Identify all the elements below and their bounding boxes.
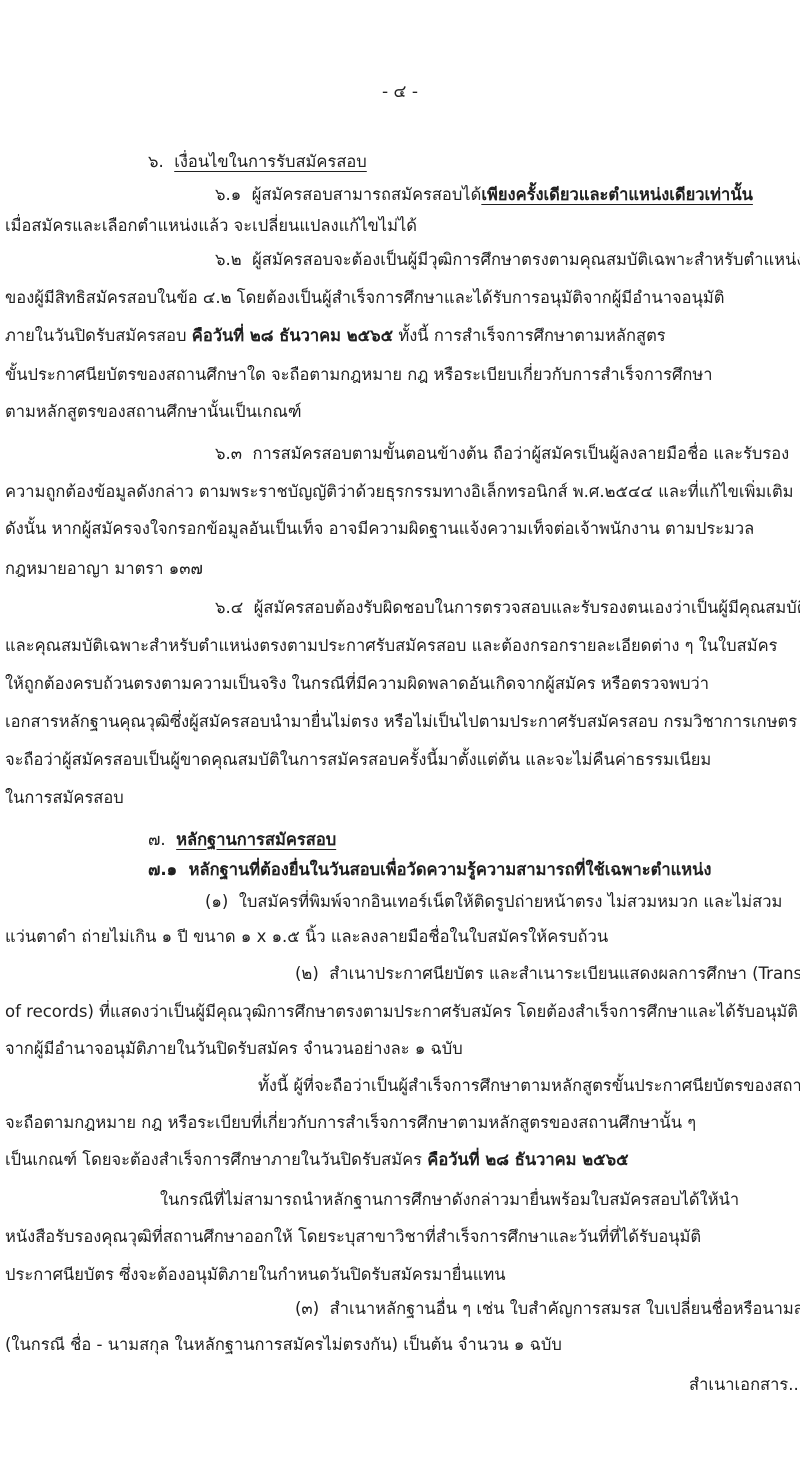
subsection-number: ๗.๑	[148, 860, 177, 879]
item-6-4-line-4: เอกสารหลักฐานคุณวุฒิซึ่งผู้สมัครสอบนำมาย…	[5, 710, 797, 734]
evidence-item-2-line-3: จากผู้มีอำนาจอนุมัติภายในวันปิดรับสมัคร …	[5, 1037, 463, 1061]
item-6-2-line-4: ขั้นประกาศนียบัตรของสถานศึกษาใด จะถือตาม…	[5, 363, 713, 387]
alt-evidence-line-3: ประกาศนียบัตร ซึ่งจะต้องอนุมัติภายในกำหน…	[5, 1263, 506, 1287]
subsection-title: หลักฐานที่ต้องยื่นในวันสอบเพื่อวัดความรู…	[189, 860, 712, 879]
item-6-2-line-3: ภายในวันปิดรับสมัครสอบ คือวันที่ ๒๘ ธันว…	[5, 324, 666, 348]
evidence-item-2-line-2: of records) ที่แสดงว่าเป็นผู้มีคุณวุฒิกา…	[5, 1000, 798, 1024]
item-number: (๑)	[205, 892, 228, 911]
subsection-7-1: ๗.๑ หลักฐานที่ต้องยื่นในวันสอบเพื่อวัดคว…	[148, 858, 711, 882]
item-6-3-line-4: กฎหมายอาญา มาตรา ๑๓๗	[5, 557, 203, 581]
item-number: (๒)	[295, 964, 319, 983]
item-6-2-line-2: ของผู้มีสิทธิสมัครสอบในข้อ ๔.๒ โดยต้องเป…	[5, 286, 724, 310]
page-number: - ๔ -	[0, 78, 800, 105]
item-6-3-line-1: ๖.๓ การสมัครสอบตามขั้นตอนข้างต้น ถือว่าผ…	[215, 442, 789, 466]
item-6-4-line-5: จะถือว่าผู้สมัครสอบเป็นผู้ขาดคุณสมบัติใน…	[5, 748, 711, 772]
evidence-note-line-3: เป็นเกณฑ์ โดยจะต้องสำเร็จการศึกษาภายในวั…	[5, 1148, 629, 1172]
item-number: ๖.๓	[215, 444, 242, 463]
item-number: (๓)	[295, 1299, 319, 1318]
deadline-date: คือวันที่ ๒๘ ธันวาคม ๒๕๖๕	[192, 326, 393, 345]
item-text: ผู้สมัครสอบต้องรับผิดชอบในการตรวจสอบและร…	[254, 598, 800, 617]
evidence-item-2-line-1: (๒) สำเนาประกาศนียบัตร และสำเนาระเบียนแส…	[295, 962, 800, 986]
item-6-4-line-6: ในการสมัครสอบ	[5, 786, 124, 810]
item-number: ๖.๑	[215, 185, 241, 204]
item-emphasis: เพียงครั้งเดียวและตำแหน่งเดียวเท่านั้น	[481, 185, 753, 204]
evidence-note-line-1: ทั้งนี้ ผู้ที่จะถือว่าเป็นผู้สำเร็จการศึ…	[258, 1074, 800, 1098]
item-6-4-line-2: และคุณสมบัติเฉพาะสำหรับตำแหน่งตรงตามประก…	[5, 634, 778, 658]
item-6-4-line-1: ๖.๔ ผู้สมัครสอบต้องรับผิดชอบในการตรวจสอบ…	[215, 596, 800, 620]
item-6-1-continuation: เมื่อสมัครและเลือกตำแหน่งแล้ว จะเปลี่ยนแ…	[5, 214, 417, 238]
section-number: ๖.	[148, 152, 164, 171]
section-7-heading: ๗. หลักฐานการสมัครสอบ	[148, 828, 336, 852]
item-text: ใบสมัครที่พิมพ์จากอินเทอร์เน็ตให้ติดรูปถ…	[239, 892, 782, 911]
item-6-3-line-2: ความถูกต้องข้อมูลดังกล่าว ตามพระราชบัญญั…	[5, 480, 794, 504]
item-6-3-line-3: ดังนั้น หากผู้สมัครจงใจกรอกข้อมูลอันเป็น…	[5, 517, 754, 541]
item-text: การสมัครสอบตามขั้นตอนข้างต้น ถือว่าผู้สม…	[253, 444, 790, 463]
alt-evidence-line-2: หนังสือรับรองคุณวุฒิที่สถานศึกษาออกให้ โ…	[5, 1225, 701, 1249]
item-6-4-line-3: ให้ถูกต้องครบถ้วนตรงตามความเป็นจริง ในกร…	[5, 672, 709, 696]
continued-marker: สำเนาเอกสาร...	[689, 1372, 800, 1398]
item-text: ผู้สมัครสอบจะต้องเป็นผู้มีวุฒิการศึกษาตร…	[252, 250, 800, 269]
evidence-item-3-line-2: (ในกรณี ชื่อ - นามสกุล ในหลักฐานการสมัคร…	[5, 1333, 562, 1357]
item-text: ทั้งนี้ การสำเร็จการศึกษาตามหลักสูตร	[398, 326, 665, 345]
item-number: ๖.๒	[215, 250, 242, 269]
item-6-1: ๖.๑ ผู้สมัครสอบสามารถสมัครสอบได้เพียงครั…	[215, 183, 753, 207]
item-text: เป็นเกณฑ์ โดยจะต้องสำเร็จการศึกษาภายในวั…	[5, 1150, 422, 1169]
item-text: สำเนาหลักฐานอื่น ๆ เช่น ใบสำคัญการสมรส ใ…	[330, 1299, 800, 1318]
item-text: ผู้สมัครสอบสามารถสมัครสอบได้	[252, 185, 482, 204]
item-6-2-line-5: ตามหลักสูตรของสถานศึกษานั้นเป็นเกณฑ์	[5, 400, 302, 424]
item-text: สำเนาประกาศนียบัตร และสำเนาระเบียนแสดงผล…	[329, 964, 800, 983]
section-6-heading: ๖. เงื่อนไขในการรับสมัครสอบ	[148, 150, 367, 174]
item-6-2-line-1: ๖.๒ ผู้สมัครสอบจะต้องเป็นผู้มีวุฒิการศึก…	[215, 248, 800, 272]
alt-evidence-line-1: ในกรณีที่ไม่สามารถนำหลักฐานการศึกษาดังกล…	[160, 1188, 739, 1212]
evidence-item-1-line-2: แว่นตาดำ ถ่ายไม่เกิน ๑ ปี ขนาด ๑ x ๑.๕ น…	[5, 925, 608, 949]
deadline-date: คือวันที่ ๒๘ ธันวาคม ๒๕๖๕	[427, 1150, 628, 1169]
evidence-note-line-2: จะถือตามกฎหมาย กฎ หรือระเบียบที่เกี่ยวกั…	[5, 1111, 696, 1135]
item-number: ๖.๔	[215, 598, 243, 617]
section-title: หลักฐานการสมัครสอบ	[176, 830, 336, 849]
evidence-item-3-line-1: (๓) สำเนาหลักฐานอื่น ๆ เช่น ใบสำคัญการสม…	[295, 1297, 800, 1321]
section-number: ๗.	[148, 830, 166, 849]
evidence-item-1-line-1: (๑) ใบสมัครที่พิมพ์จากอินเทอร์เน็ตให้ติด…	[205, 890, 782, 914]
item-text: ภายในวันปิดรับสมัครสอบ	[5, 326, 187, 345]
section-title: เงื่อนไขในการรับสมัครสอบ	[174, 152, 367, 171]
document-page: - ๔ - ๖. เงื่อนไขในการรับสมัครสอบ ๖.๑ ผู…	[0, 0, 800, 1475]
